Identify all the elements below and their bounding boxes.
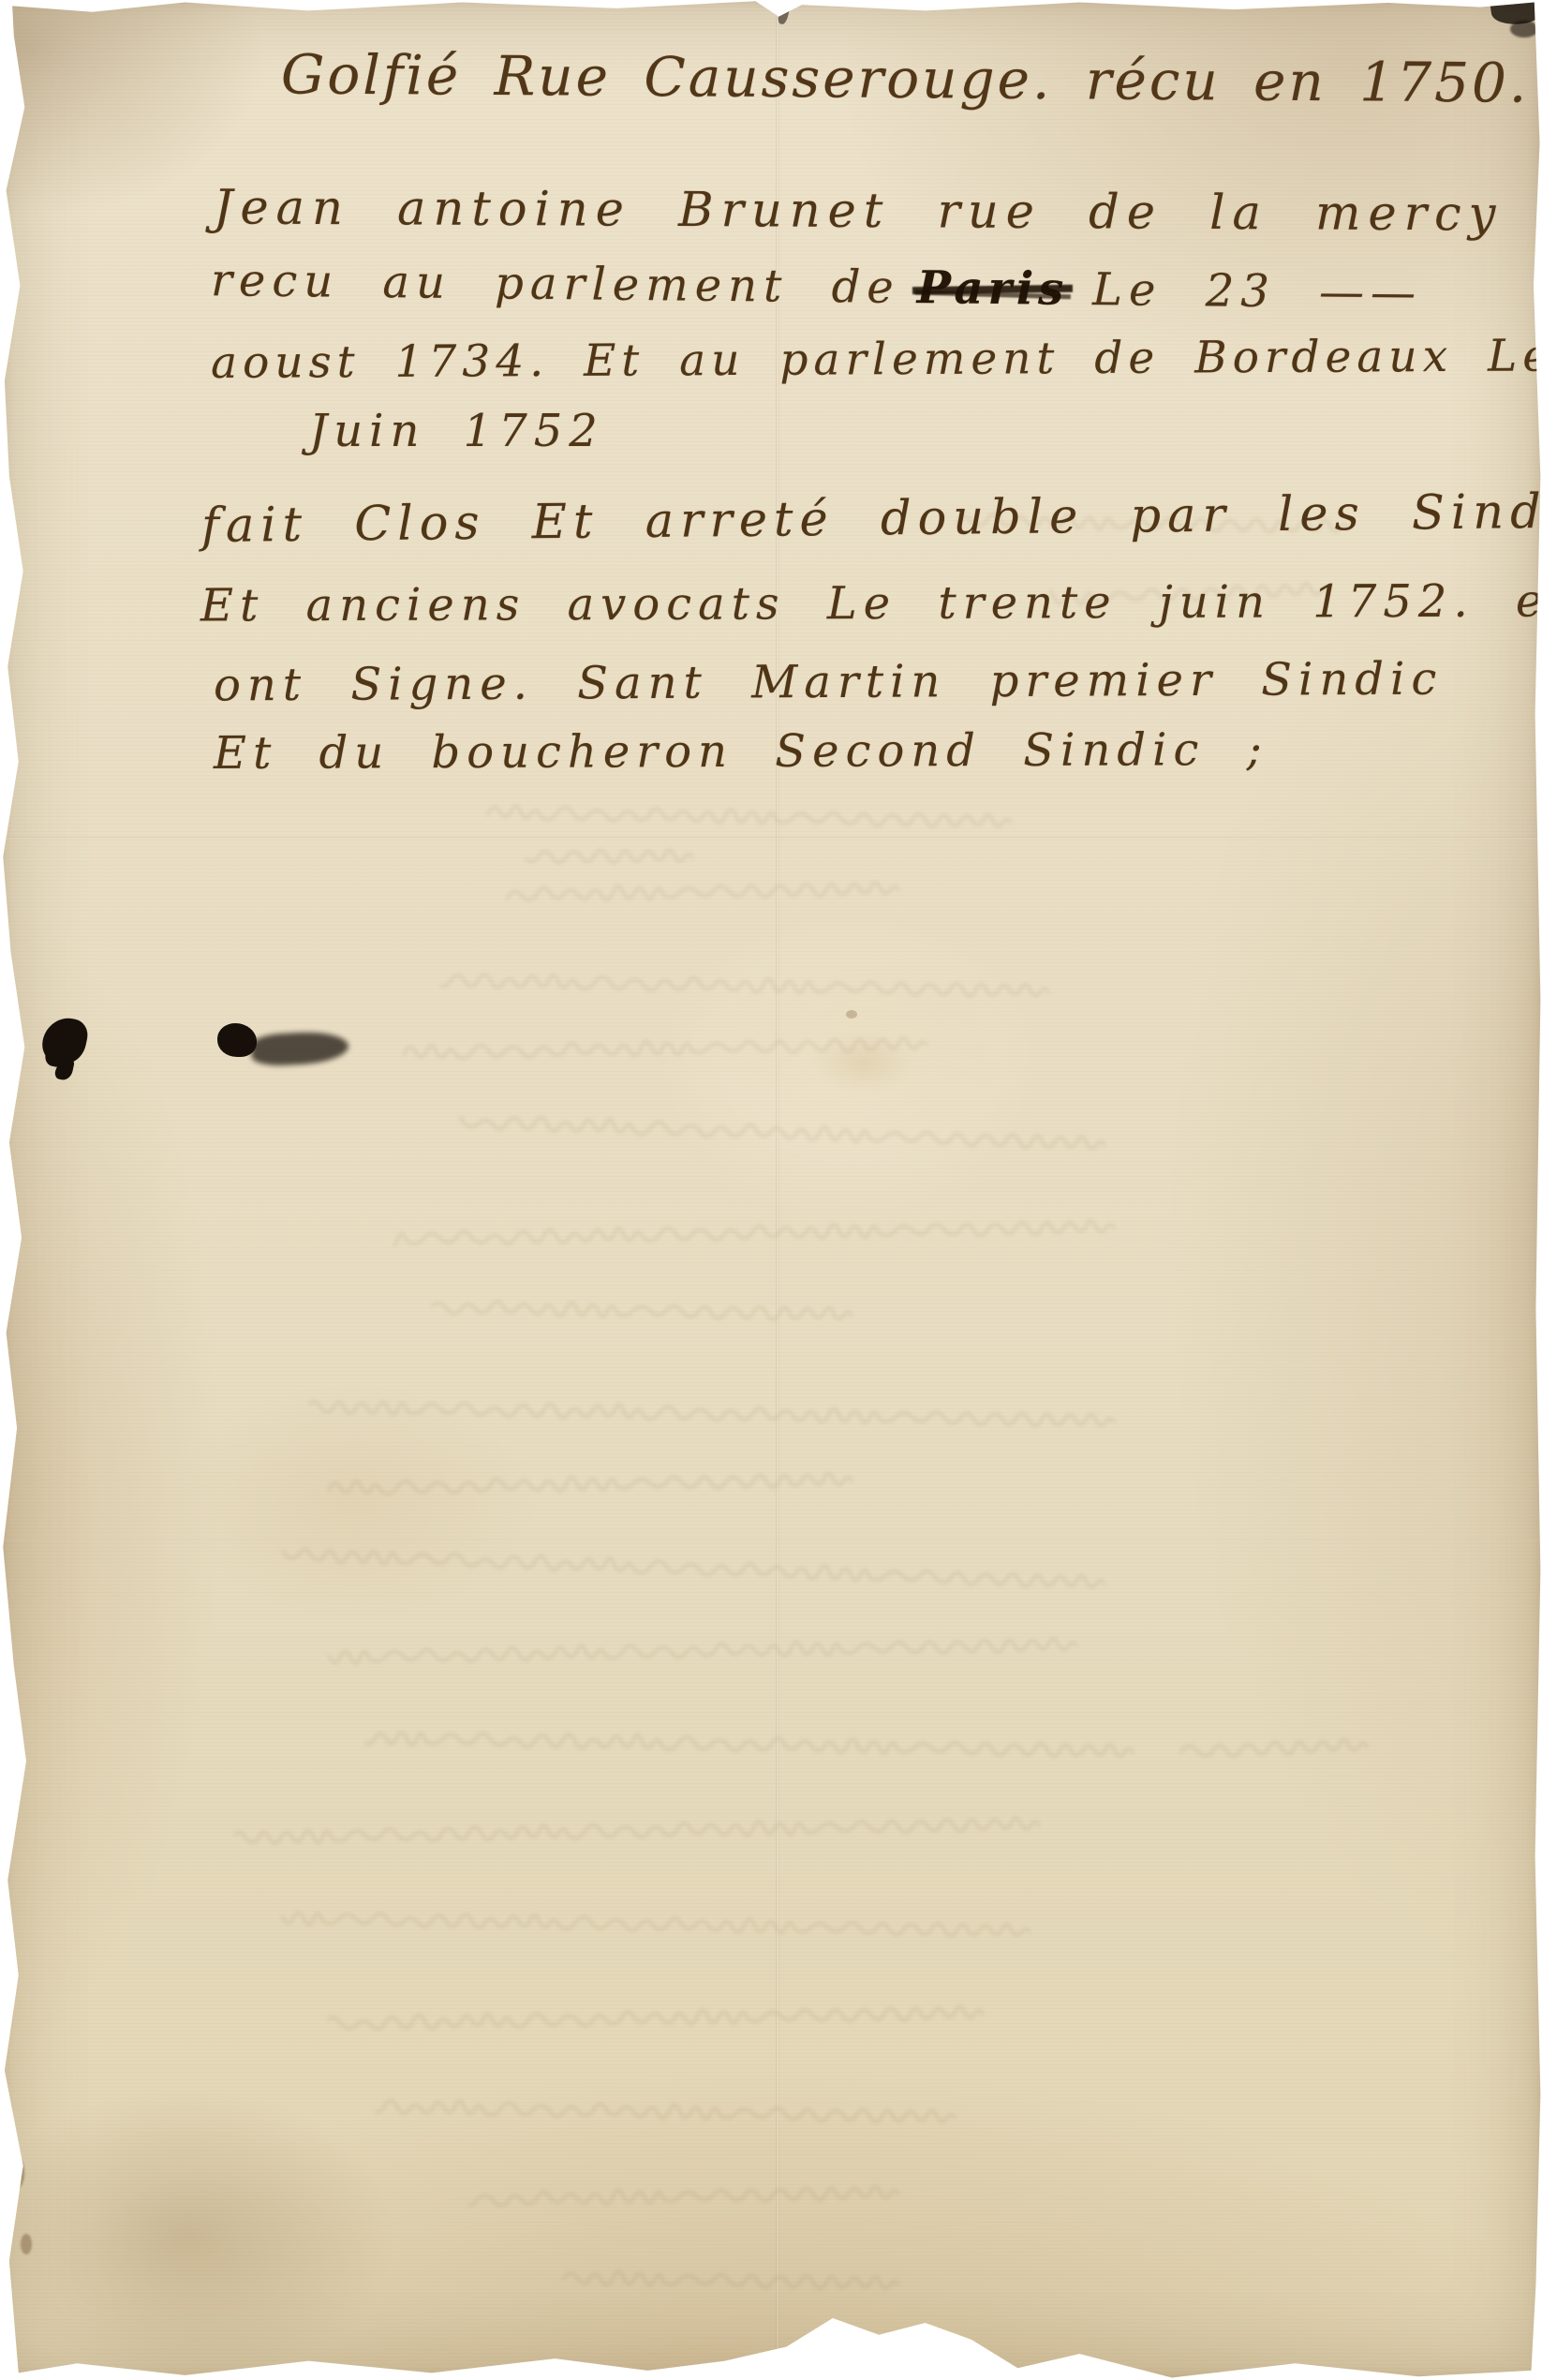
faint-stain (793, 1021, 933, 1106)
corner-ink-smudge (1510, 21, 1538, 37)
paper-sheet: Golfié Rue Causserouge. récu en 1750. Je… (0, 0, 1542, 2380)
closing-line-3: ont Signe. Sant Martin premier Sindic (214, 653, 1444, 712)
entry-line-3: aoust 1734. Et au parlement de Bordeaux … (211, 330, 1542, 389)
scanned-manuscript: Golfié Rue Causserouge. récu en 1750. Je… (0, 0, 1542, 2380)
closing-line-1: fait Clos Et arreté double par les Sindi… (201, 483, 1542, 554)
entry-line-2-before: recu au parlement de (211, 254, 900, 314)
paper-speck (846, 1010, 857, 1019)
heading-line: Golfié Rue Causserouge. récu en 1750. (281, 42, 1530, 114)
edge-stain-speck (9, 2157, 24, 2189)
edge-stain-speck (21, 2234, 32, 2254)
entry-line-4: Juin 1752 (309, 405, 604, 457)
entry-line-2: recu au parlement deParisLe 23 —— (211, 254, 1423, 320)
handwriting-layer: Golfié Rue Causserouge. récu en 1750. Je… (0, 0, 1542, 2380)
closing-line-4: Et du boucheron Second Sindic ; (214, 723, 1268, 780)
entry-line-1: Jean antoine Brunet rue de la mercy (214, 180, 1504, 242)
entry-line-2-after: Le 23 —— (1092, 263, 1422, 320)
struck-word: Paris (916, 261, 1068, 316)
closing-line-2: Et anciens avocats Le trente juin 1752. … (200, 574, 1542, 632)
